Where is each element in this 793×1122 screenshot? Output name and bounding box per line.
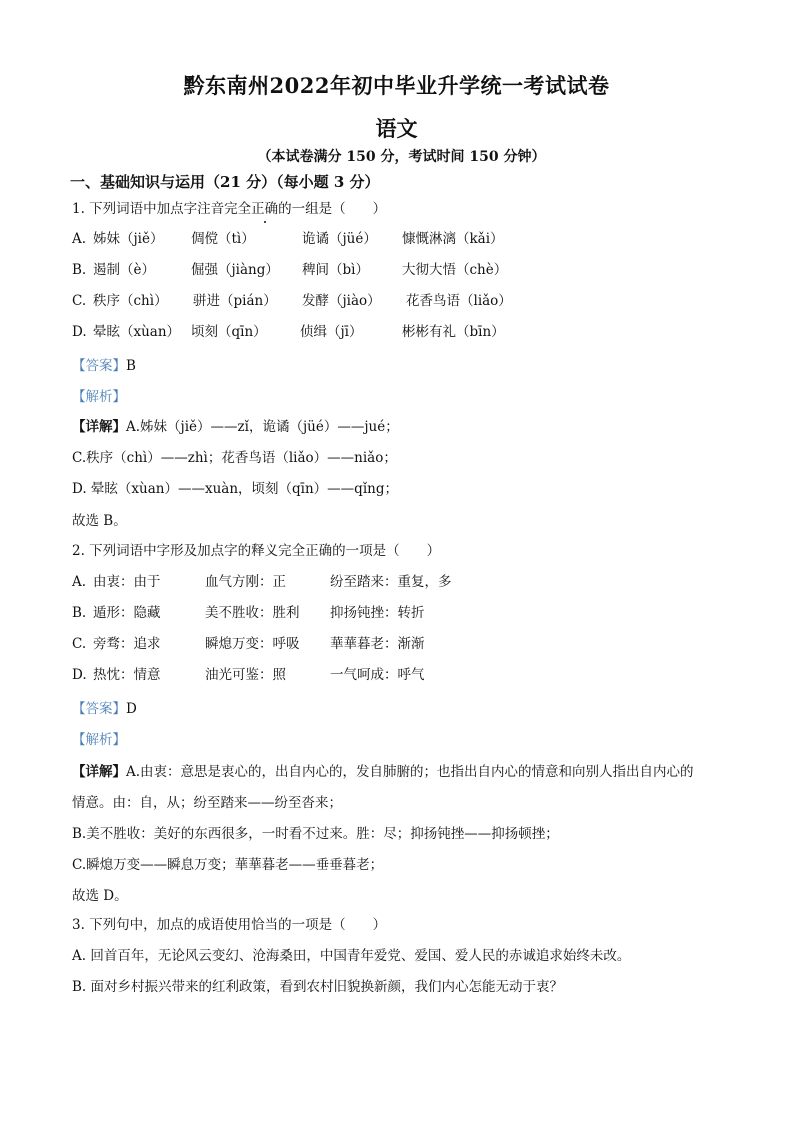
q1-stem-text: 1. 下列词语中加点字注音完全 [72, 201, 251, 217]
option-item: 骈进（pián） [193, 291, 277, 311]
option-text: 回首百年，无论风云变幻、沧海桑田，中国青年爱党、爱国、爱人民的赤诚追求始终未改。 [90, 948, 630, 964]
option-item: 稗间（bì） [302, 260, 369, 280]
option-letter: B. [72, 260, 86, 280]
q2-stem: 2. 下列词语中字形及加点字的释义完全正确的一项是（ ） [72, 541, 440, 561]
q2-detail-line: C.瞬熄万变——瞬息万变；華華暮老——垂垂暮老； [72, 855, 383, 875]
option-item: 姊妹（jiě） [93, 229, 164, 249]
option-item: 倜傥（tì） [191, 229, 255, 249]
exam-note: （本试卷满分 150 分，考试时间 150 分钟） [0, 146, 793, 166]
option-letter: D. [72, 665, 87, 685]
option-text: 面对乡村振兴带来的红利政策，看到农村旧貌换新颜，我们内心怎能无动于衷？ [91, 979, 564, 995]
option-letter: A. [72, 572, 86, 592]
option-item: 发酵（jiào） [302, 291, 381, 311]
option-item: 倔强（jiàng） [191, 260, 279, 280]
option-letter: A. [72, 948, 86, 964]
answer-label: 【答案】 [72, 701, 126, 717]
q2-detail-line: 【详解】A.由衷：意思是衷心的，出自内心的，发自肺腑的；也指出自内心的情意和向别… [72, 762, 694, 782]
option-item: 油光可鉴：照 [205, 665, 286, 685]
q2-detail-line: B.美不胜收：美好的东西很多，一时看不过来。胜：尽；抑扬钝挫——抑扬顿挫； [72, 824, 559, 844]
option-item: 瞬熄万变：呼吸 [205, 634, 300, 654]
q1-detail-line: C.秩序（chì）——zhì；花香鸟语（liǎo）——niǎo； [72, 448, 397, 468]
option-item: 遏制（è） [93, 260, 155, 280]
detail-text: A.姊妹（jiě）——zǐ，诡谲（jüé）——jué； [126, 419, 399, 435]
detail-label: 【详解】 [72, 764, 126, 780]
q1-analysis-label: 【解析】 [72, 387, 126, 407]
q2-conclusion: 故选 D。 [72, 886, 128, 906]
option-item: 血气方刚：正 [205, 572, 286, 592]
q1-conclusion: 故选 B。 [72, 511, 127, 531]
q1-detail-line: D. 晕眩（xùan）——xuàn，顷刻（qīn）——qǐng； [72, 479, 398, 499]
option-item: 旁骛：追求 [93, 634, 161, 654]
option-item: 一气呵成：呼气 [330, 665, 425, 685]
document-title: 黔东南州2022年初中毕业升学统一考试试卷 [0, 70, 793, 100]
option-item: 纷至踏来：重复，多 [330, 572, 452, 592]
option-item: 诡谲（jüé） [302, 229, 377, 249]
q3-stem: 3. 下列句中，加点的成语使用恰当的一项是（ ） [72, 915, 386, 935]
answer-value: B [126, 358, 136, 374]
option-letter: B. [72, 979, 86, 995]
option-item: 由衷：由于 [93, 572, 161, 592]
option-item: 彬彬有礼（bīn） [402, 322, 505, 342]
subject-title: 语文 [0, 113, 793, 143]
option-letter: A. [72, 229, 86, 249]
option-item: 侦缉（jī） [300, 322, 363, 342]
option-letter: D. [72, 322, 87, 342]
q3-option-b: B. 面对乡村振兴带来的红利政策，看到农村旧貌换新颜，我们内心怎能无动于衷？ [72, 977, 563, 997]
option-item: 花香鸟语（liǎo） [406, 291, 512, 311]
option-item: 華華暮老：渐渐 [330, 634, 425, 654]
detail-label: 【详解】 [72, 419, 126, 435]
option-item: 抑扬钝挫：转折 [330, 603, 425, 623]
option-item: 美不胜收：胜利 [205, 603, 300, 623]
option-item: 慷慨淋漓（kǎi） [402, 229, 504, 249]
option-item: 遁形：隐藏 [93, 603, 161, 623]
option-item: 顷刻（qīn） [191, 322, 267, 342]
q2-detail-line: 情意。由：自，从；纷至踏来——纷至沓来； [72, 793, 342, 813]
option-item: 秩序（chì） [93, 291, 168, 311]
option-letter: C. [72, 291, 86, 311]
exam-page: 黔东南州2022年初中毕业升学统一考试试卷 语文 （本试卷满分 150 分，考试… [0, 0, 793, 1122]
option-item: 晕眩（xùan） [93, 322, 180, 342]
option-item: 大彻大悟（chè） [402, 260, 507, 280]
q1-stem: 1. 下列词语中加点字注音完全正确的一组是（ ） [72, 199, 386, 219]
q1-detail-line: 【详解】A.姊妹（jiě）——zǐ，诡谲（jüé）——jué； [72, 417, 399, 437]
q1-stem-end: 的一组是（ ） [278, 201, 386, 217]
q3-option-a: A. 回首百年，无论风云变幻、沧海桑田，中国青年爱党、爱国、爱人民的赤诚追求始终… [72, 946, 630, 966]
option-letter: C. [72, 634, 86, 654]
option-item: 热忱：情意 [93, 665, 161, 685]
q1-answer: 【答案】B [72, 356, 136, 376]
q2-answer: 【答案】D [72, 699, 137, 719]
answer-value: D [126, 701, 137, 717]
detail-text: A.由衷：意思是衷心的，出自内心的，发自肺腑的；也指出自内心的情意和向别人指出自… [126, 764, 694, 780]
section-heading: 一、基础知识与运用（21 分）（每小题 3 分） [70, 172, 379, 192]
answer-label: 【答案】 [72, 358, 126, 374]
q1-stem-dotted: 正确 [251, 199, 278, 219]
q2-analysis-label: 【解析】 [72, 730, 126, 750]
option-letter: B. [72, 603, 86, 623]
